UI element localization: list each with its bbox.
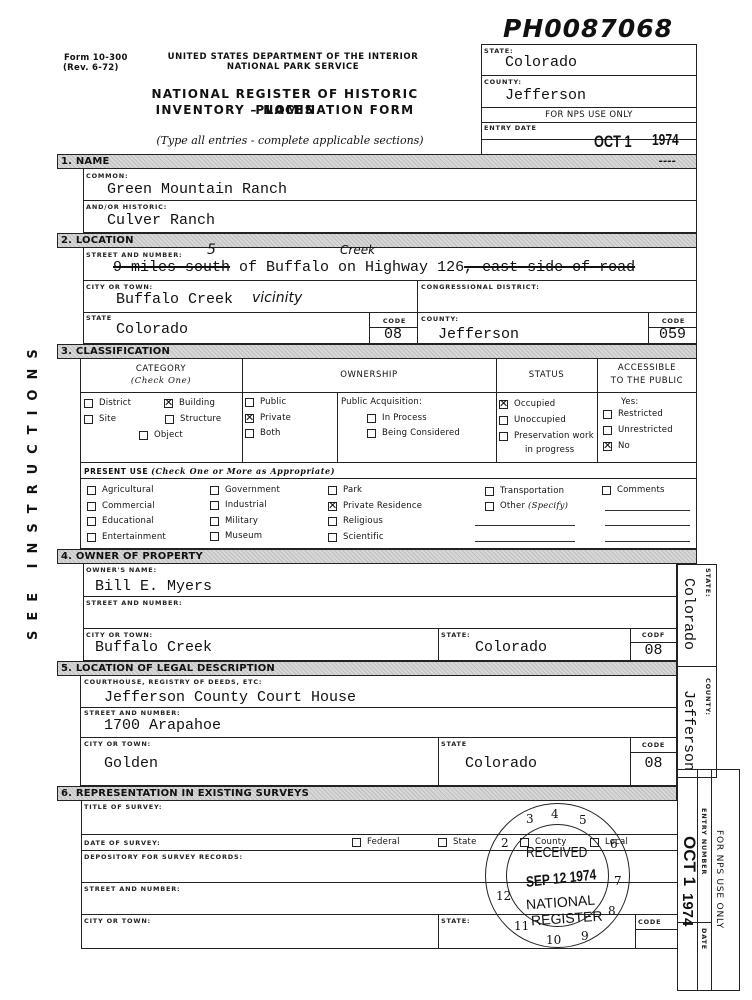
divider — [481, 107, 697, 108]
received-stamp: 4 3 5 2 6 7 8 9 10 11 12 RECEIVED SEP 12… — [485, 803, 630, 948]
stamp-number: 5 — [579, 813, 587, 827]
legal-street-value[interactable]: 1700 Arapahoe — [104, 717, 221, 734]
stamp-number: 7 — [614, 874, 622, 888]
acquisition-being-considered[interactable]: Being Considered — [367, 428, 460, 438]
classification-box — [80, 359, 697, 549]
stamp-number: 12 — [496, 889, 511, 903]
section-legal-header: 5. LOCATION OF LEGAL DESCRIPTION — [57, 661, 677, 676]
survey-code-label: CODE — [638, 918, 661, 926]
owner-code-label: CODF — [630, 631, 677, 639]
checkbox[interactable] — [84, 399, 93, 408]
nps-state-value: Colorado — [505, 54, 577, 71]
legal-state-label: STATE — [441, 740, 467, 748]
accessible-header: ACCESSIBLE — [597, 363, 697, 373]
checkbox[interactable] — [87, 517, 96, 526]
state-value[interactable]: Colorado — [116, 321, 188, 338]
comments-line[interactable] — [605, 525, 690, 526]
stamp-number: 4 — [551, 807, 559, 821]
ownership-public[interactable]: Public — [245, 397, 286, 407]
divider — [80, 707, 677, 708]
accessible-no[interactable]: No — [603, 441, 630, 451]
common-name-label: COMMON: — [86, 172, 128, 180]
state-label: STATE — [86, 314, 112, 322]
checkbox-checked[interactable] — [603, 442, 612, 451]
use-agricultural[interactable]: Agricultural — [87, 485, 154, 495]
historic-name-value[interactable]: Culver Ranch — [107, 212, 215, 229]
divider — [80, 737, 677, 738]
stamp-number: 3 — [526, 812, 534, 826]
checkbox[interactable] — [328, 517, 337, 526]
stamp-number: 8 — [608, 904, 616, 918]
survey-city-label: CITY OR TOWN: — [84, 917, 151, 925]
checkbox[interactable] — [245, 429, 254, 438]
comments-line[interactable] — [605, 510, 690, 511]
side-instructions: SEE INSTRUCTIONS — [26, 370, 41, 640]
section-name-header: 1. NAME---- — [57, 154, 697, 169]
side-state-value: Colorado — [680, 578, 697, 650]
status-header: STATUS — [496, 370, 597, 380]
divider — [83, 596, 677, 597]
checkbox[interactable] — [210, 501, 219, 510]
checkbox[interactable] — [367, 414, 376, 423]
common-name-value[interactable]: Green Mountain Ranch — [107, 181, 287, 198]
legal-street-label: STREET AND NUMBER: — [84, 709, 180, 717]
checkbox[interactable] — [139, 431, 148, 440]
historic-name-label: AND/OR HISTORIC: — [86, 203, 167, 211]
entry-number-label: ENTRY NUMBER — [700, 808, 708, 875]
divider — [635, 914, 636, 949]
section-classification-header: 3. CLASSIFICATION — [57, 344, 697, 359]
category-structure[interactable]: Structure — [165, 414, 221, 424]
county-value[interactable]: Jefferson — [438, 326, 519, 343]
section-owner-header: 4. OWNER OF PROPERTY — [57, 549, 697, 564]
legal-code-value[interactable]: 08 — [630, 755, 677, 772]
owner-code-value[interactable]: 08 — [630, 642, 677, 659]
accessible-header-2: TO THE PUBLIC — [597, 376, 697, 386]
checkbox-checked[interactable] — [164, 399, 173, 408]
checkbox[interactable] — [84, 415, 93, 424]
checkbox[interactable] — [87, 502, 96, 511]
accessible-restricted[interactable]: Restricted — [603, 409, 663, 419]
use-government[interactable]: Government — [210, 485, 280, 495]
state-code-label: CODE — [371, 317, 418, 325]
side-state-label: STATE: — [704, 568, 712, 597]
hand-note-creek: Creek — [340, 243, 375, 257]
use-museum[interactable]: Museum — [210, 531, 262, 541]
divider — [80, 478, 697, 479]
checkbox[interactable] — [499, 432, 508, 441]
form-revision: (Rev. 6-72) — [63, 63, 119, 74]
category-building[interactable]: Building — [164, 398, 215, 408]
category-district[interactable]: District — [84, 398, 131, 408]
stamp-number: 6 — [610, 837, 618, 851]
use-entertainment[interactable]: Entertainment — [87, 532, 166, 542]
nps-use-only-label: FOR NPS USE ONLY — [481, 110, 697, 120]
checkbox[interactable] — [210, 532, 219, 541]
side-stamp-year: 1974 — [679, 893, 696, 926]
divider — [417, 280, 418, 312]
owner-name-label: OWNER'S NAME: — [86, 566, 157, 574]
divider — [597, 359, 598, 462]
survey-state[interactable]: State — [438, 837, 477, 847]
owner-state-value[interactable]: Colorado — [475, 639, 547, 656]
use-military[interactable]: Military — [210, 516, 258, 526]
divider — [481, 75, 697, 76]
status-occupied[interactable]: Occupied — [499, 399, 555, 409]
use-educational[interactable]: Educational — [87, 516, 154, 526]
city-label: CITY OR TOWN: — [86, 283, 153, 291]
comments-line[interactable] — [605, 541, 690, 542]
other-line[interactable] — [475, 525, 575, 526]
category-object[interactable]: Object — [139, 430, 183, 440]
divider — [635, 929, 677, 930]
checkbox-checked[interactable] — [499, 400, 508, 409]
street-label: STREET AND NUMBER: — [86, 251, 182, 259]
survey-state-label: STATE: — [441, 917, 470, 925]
divider — [83, 200, 697, 201]
side-nps-use-label: FOR NPS USE ONLY — [714, 830, 724, 929]
checkbox-checked[interactable] — [328, 502, 337, 511]
other-line[interactable] — [475, 541, 575, 542]
divider — [677, 666, 717, 667]
checkbox[interactable] — [367, 429, 376, 438]
ownership-both[interactable]: Both — [245, 428, 281, 438]
divider — [80, 462, 697, 463]
owner-city-label: CITY OR TOWN: — [86, 631, 153, 639]
stamp-number: 9 — [581, 929, 589, 943]
hand-note-5: 5 — [207, 242, 216, 258]
checkbox[interactable] — [603, 410, 612, 419]
stamp-number: 2 — [501, 836, 509, 850]
stamp-received: RECEIVED — [526, 844, 587, 861]
divider — [438, 914, 439, 949]
survey-title-label: TITLE OF SURVEY: — [84, 803, 162, 811]
divider — [438, 737, 439, 786]
side-stamp-date: OCT 1 — [679, 836, 699, 886]
use-comments[interactable]: Comments — [602, 485, 665, 495]
divider — [630, 752, 677, 753]
divider — [83, 280, 697, 281]
form-instruction: (Type all entries - complete applicable … — [140, 134, 440, 147]
use-transportation[interactable]: Transportation — [485, 486, 564, 496]
section-surveys-header: 6. REPRESENTATION IN EXISTING SURVEYS — [57, 786, 677, 801]
use-other[interactable]: Other (Specify) — [485, 501, 568, 511]
divider — [711, 769, 712, 991]
nps-county-label: COUNTY: — [484, 78, 522, 86]
status-preservation[interactable]: Preservation work — [499, 431, 594, 441]
checkbox[interactable] — [87, 486, 96, 495]
checkbox[interactable] — [210, 486, 219, 495]
checkbox[interactable] — [328, 533, 337, 542]
survey-street-label: STREET AND NUMBER: — [84, 885, 180, 893]
legal-state-value[interactable]: Colorado — [465, 755, 537, 772]
depository-label: DEPOSITORY FOR SURVEY RECORDS: — [84, 853, 243, 861]
divider — [438, 628, 439, 661]
stamp-number: 11 — [514, 919, 529, 933]
county-code-label: CODE — [650, 317, 697, 325]
nps-county-value: Jefferson — [505, 87, 586, 104]
entry-date-stamp: OCT 1 — [594, 132, 632, 152]
county-label: COUNTY: — [421, 315, 459, 323]
checkbox[interactable] — [603, 426, 612, 435]
survey-federal[interactable]: Federal — [352, 837, 400, 847]
checkbox[interactable] — [352, 838, 361, 847]
checkbox[interactable] — [485, 487, 494, 496]
divider — [80, 392, 697, 393]
public-acquisition-label: Public Acquisition: — [341, 397, 422, 407]
street-value[interactable]: 9 miles south of Buffalo on Highway 126,… — [113, 259, 635, 276]
form-title-line2: INVENTORY – NOMINATION FORM — [120, 102, 450, 118]
accessible-yes-label: Yes: — [621, 397, 638, 407]
present-use-label: PRESENT USE (Check One or More as Approp… — [84, 466, 335, 476]
status-unoccupied[interactable]: Unoccupied — [499, 415, 566, 425]
divider — [337, 392, 338, 462]
entry-date-label: ENTRY DATE — [484, 124, 537, 132]
checkbox[interactable] — [438, 838, 447, 847]
status-in-progress-label: in progress — [525, 445, 574, 455]
checkbox-checked[interactable] — [245, 414, 254, 423]
state-code-value[interactable]: 08 — [369, 326, 417, 343]
checkbox[interactable] — [165, 415, 174, 424]
owner-state-label: STATE: — [441, 631, 470, 639]
divider — [417, 312, 418, 344]
divider — [83, 628, 677, 629]
legal-city-label: CITY OR TOWN: — [84, 740, 151, 748]
checkbox[interactable] — [328, 486, 337, 495]
side-county-value: Jefferson — [680, 690, 697, 771]
section-location-header: 2. LOCATION — [57, 233, 697, 248]
use-scientific[interactable]: Scientific — [328, 532, 384, 542]
side-date-label: DATE — [700, 928, 708, 950]
acquisition-in-process[interactable]: In Process — [367, 413, 427, 423]
courthouse-label: COURTHOUSE, REGISTRY OF DEEDS, ETC: — [84, 678, 262, 686]
ownership-header: OWNERSHIP — [242, 370, 496, 380]
use-private-residence[interactable]: Private Residence — [328, 501, 422, 511]
county-code-value[interactable]: 059 — [648, 326, 697, 343]
owner-city-value[interactable]: Buffalo Creek — [95, 639, 212, 656]
use-industrial[interactable]: Industrial — [210, 500, 267, 510]
checkbox[interactable] — [602, 486, 611, 495]
side-county-label: COUNTY: — [704, 678, 712, 716]
checkbox[interactable] — [499, 416, 508, 425]
checkbox[interactable] — [245, 398, 254, 407]
legal-city-value[interactable]: Golden — [104, 755, 158, 772]
legal-code-label: CODE — [630, 741, 677, 749]
checkbox[interactable] — [87, 533, 96, 542]
ownership-private[interactable]: Private — [245, 413, 291, 423]
entry-date-year: 1974 — [652, 132, 679, 150]
use-commercial[interactable]: Commercial — [87, 501, 155, 511]
service-name: NATIONAL PARK SERVICE — [158, 62, 428, 73]
checkbox[interactable] — [210, 517, 219, 526]
category-subheader: (Check One) — [80, 376, 242, 386]
category-header: CATEGORY — [80, 364, 242, 374]
survey-date-label: DATE OF SURVEY: — [84, 839, 160, 847]
handwritten-id: PH0087068 — [503, 14, 673, 43]
divider — [83, 312, 697, 313]
hand-note-vicinity: vicinity — [252, 290, 302, 306]
stamp-number: 10 — [546, 933, 561, 947]
congressional-district-label: CONGRESSIONAL DISTRICT: — [421, 283, 540, 291]
use-religious[interactable]: Religious — [328, 516, 383, 526]
owner-street-label: STREET AND NUMBER: — [86, 599, 182, 607]
accessible-unrestricted[interactable]: Unrestricted — [603, 425, 673, 435]
checkbox[interactable] — [485, 502, 494, 511]
city-value[interactable]: Buffalo Creek — [116, 291, 233, 308]
use-park[interactable]: Park — [328, 485, 362, 495]
courthouse-value[interactable]: Jefferson County Court House — [104, 689, 356, 706]
owner-name-value[interactable]: Bill E. Myers — [95, 578, 212, 595]
divider — [481, 122, 697, 123]
category-site[interactable]: Site — [84, 414, 116, 424]
